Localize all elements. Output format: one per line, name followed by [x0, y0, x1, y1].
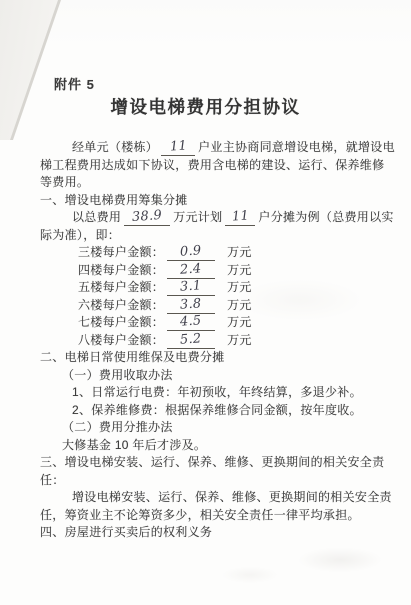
- cost-line-post: 户分摊为例（总费用以实: [258, 210, 393, 224]
- handwritten-plan-households: 11: [231, 209, 249, 223]
- blank-floor-amount: 2.4: [167, 264, 215, 279]
- floor-row-6f: 六楼每户金额：3.8万元: [40, 297, 398, 315]
- section1-heading: 一、增设电梯费用筹集分摊: [40, 192, 398, 210]
- floor-label: 五楼每户金额：: [78, 280, 164, 294]
- section3-body-line-1: 增设电梯安装、运行、保养、维修、更换期间的相关安全责: [40, 489, 398, 507]
- intro-line-1: 经单元（楼栋）11户业主协商同意增设电梯，就增设电: [40, 139, 398, 157]
- section3-body-line-2: 任，筹资业主不论筹资多少，相关安全责任一律平均承担。: [40, 507, 398, 525]
- section1-cost-line: 以总费用38.9万元计划11户分摊为例（总费用以实: [40, 209, 398, 227]
- cost-line-pre: 以总费用: [72, 210, 121, 224]
- blank-floor-amount: 4.5: [167, 316, 215, 331]
- section2-heading: 二、电梯日常使用维保及电费分摊: [40, 349, 398, 367]
- handwritten-floor-amount: 4.5: [180, 314, 202, 328]
- floor-row-5f: 五楼每户金额：3.1万元: [40, 279, 398, 297]
- section2-item1: 1、日常运行电费：年初预收，年终结算，多退少补。: [40, 384, 398, 402]
- blank-floor-amount: 3.8: [167, 299, 215, 314]
- floor-unit: 万元: [227, 333, 252, 347]
- floor-row-3f: 三楼每户金额：0.9万元: [40, 244, 398, 262]
- handwritten-floor-amount: 3.1: [180, 279, 202, 293]
- document-body: 经单元（楼栋）11户业主协商同意增设电梯，就增设电 梯工程费用达成如下协议，费用…: [40, 139, 398, 542]
- floor-label: 八楼每户金额：: [78, 333, 164, 347]
- blank-building-households: 11: [161, 141, 195, 156]
- floor-label: 六楼每户金额：: [78, 298, 164, 312]
- floor-label: 七楼每户金额：: [78, 315, 164, 329]
- floor-unit: 万元: [227, 280, 252, 294]
- handwritten-building-households: 11: [169, 139, 187, 153]
- section4-heading: 四、房屋进行买卖后的权利义务: [40, 524, 398, 542]
- intro-line-2: 梯工程费用达成如下协议，费用含电梯的建设、运行、保养维修: [40, 157, 398, 175]
- section2-item2: 2、保养维修费：根据保养维修合同金额，按年度收。: [40, 402, 398, 420]
- floor-row-7f: 七楼每户金额：4.5万元: [40, 314, 398, 332]
- floor-label: 三楼每户金额：: [78, 245, 164, 259]
- handwritten-floor-amount: 5.2: [180, 332, 202, 346]
- blank-plan-households: 11: [225, 211, 255, 226]
- section2-note: 大修基金 10 年后才涉及。: [40, 437, 398, 455]
- section1-cost-line-wrap: 际为准），即：: [40, 227, 398, 245]
- blank-floor-amount: 0.9: [167, 246, 215, 261]
- section3-heading-line-2: 任：: [40, 472, 398, 490]
- intro-line-1-pre: 经单元（楼栋）: [72, 140, 158, 154]
- floor-unit: 万元: [227, 245, 252, 259]
- blank-total-cost: 38.9: [124, 211, 170, 226]
- intro-line-1-post: 户业主协商同意增设电梯，就增设电: [198, 140, 395, 154]
- floor-label: 四楼每户金额：: [78, 263, 164, 277]
- scanned-document-page: 附件 5 增设电梯费用分担协议 经单元（楼栋）11户业主协商同意增设电梯，就增设…: [0, 0, 411, 605]
- section2-sub1: （一）费用收取办法: [40, 367, 398, 385]
- handwritten-total-cost: 38.9: [132, 209, 163, 224]
- handwritten-floor-amount: 2.4: [180, 262, 202, 276]
- section2-sub2: （二）费用分推办法: [40, 419, 398, 437]
- floor-unit: 万元: [227, 263, 252, 277]
- blank-floor-amount: 5.2: [167, 334, 215, 349]
- intro-line-3: 等费用。: [40, 174, 398, 192]
- document-title: 增设电梯费用分担协议: [0, 94, 411, 119]
- blank-floor-amount: 3.1: [167, 281, 215, 296]
- floor-row-4f: 四楼每户金额：2.4万元: [40, 262, 398, 280]
- floor-unit: 万元: [227, 315, 252, 329]
- section3-heading-line-1: 三、增设电梯安装、运行、保养、维修、更换期间的相关安全责: [40, 454, 398, 472]
- handwritten-floor-amount: 3.8: [180, 297, 202, 311]
- floor-row-8f: 八楼每户金额：5.2万元: [40, 332, 398, 350]
- cost-line-mid: 万元计划: [173, 210, 222, 224]
- handwritten-floor-amount: 0.9: [180, 244, 202, 258]
- floor-unit: 万元: [227, 298, 252, 312]
- attachment-label: 附件 5: [54, 74, 95, 93]
